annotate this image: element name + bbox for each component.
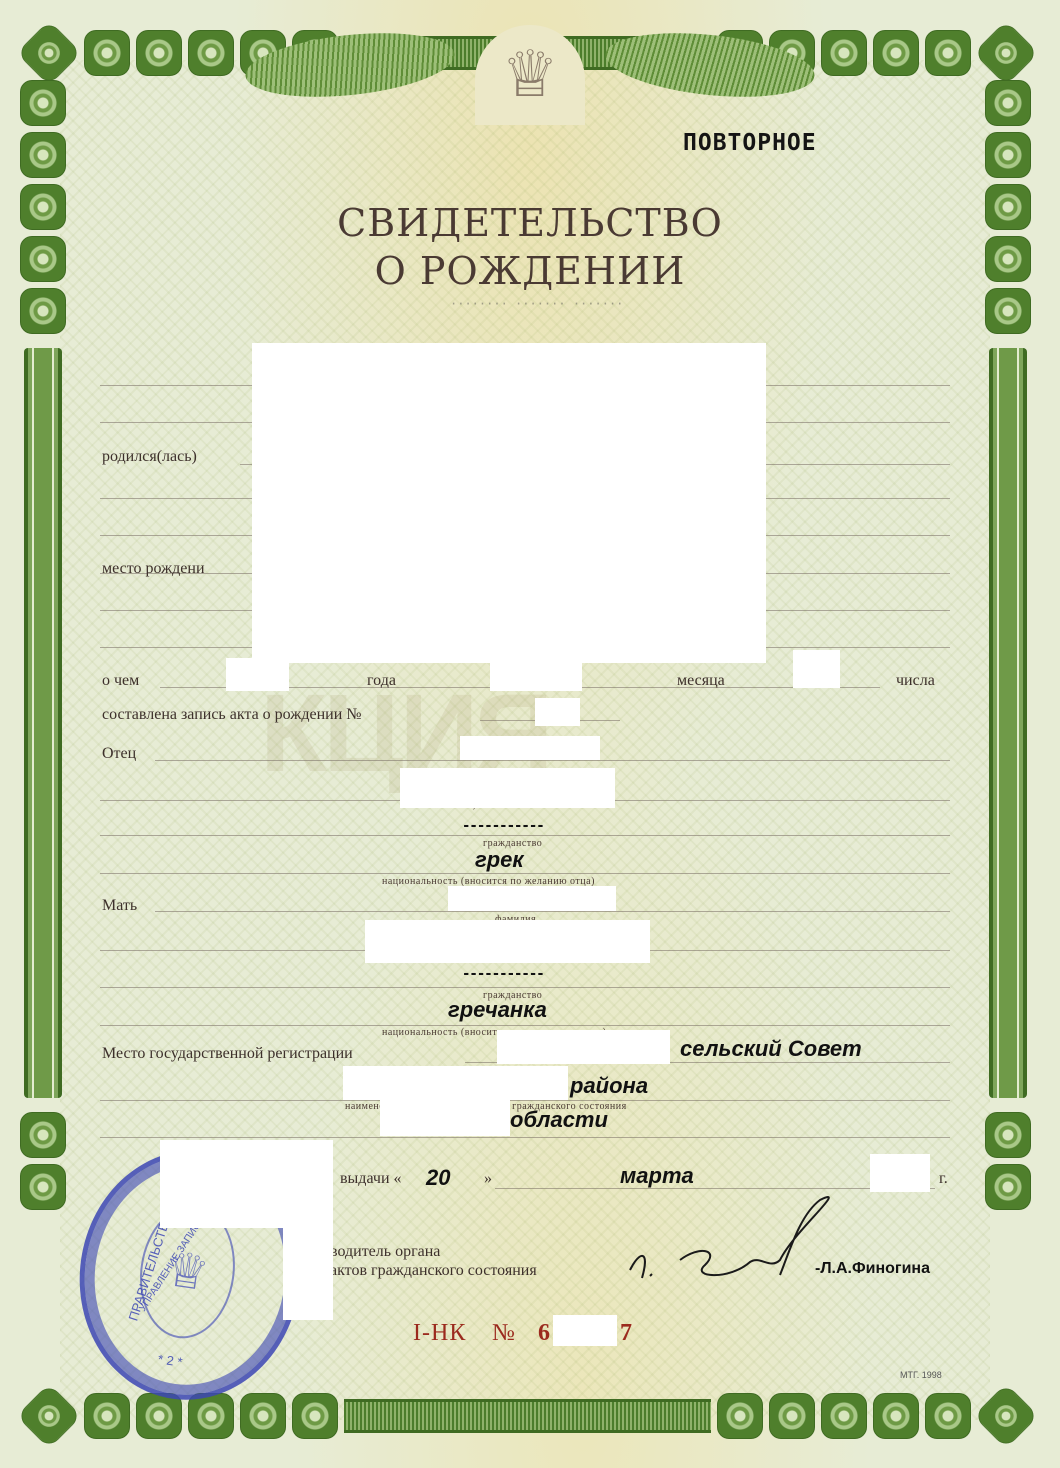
rule-line <box>155 760 950 761</box>
redacted-block <box>160 1140 333 1228</box>
ornamental-band <box>344 1399 711 1433</box>
rule-line <box>100 873 950 874</box>
rosette-icon <box>717 1393 763 1439</box>
issue-month-value: марта <box>620 1163 694 1189</box>
year-label: года <box>367 672 396 690</box>
duplicate-stamp: ПОВТОРНОЕ <box>683 130 817 156</box>
redacted-block <box>553 1315 617 1346</box>
rosette-icon <box>873 30 919 76</box>
registration-place-label: Место государственной регистрации <box>102 1045 353 1063</box>
birth-certificate: ♕ КЦИЯ ПОВТОРНОЕ СВИДЕТЕЛЬСТВО О РОЖДЕНИ… <box>0 0 1060 1468</box>
mother-citizenship-value: ----------- <box>462 966 544 982</box>
rosette-icon <box>925 30 971 76</box>
day-label: числа <box>896 672 935 690</box>
about-label: о чем <box>102 672 139 690</box>
rosette-icon <box>20 132 66 178</box>
rosette-icon <box>20 80 66 126</box>
issue-quote-close: » <box>484 1170 492 1188</box>
rosette-icon <box>985 1164 1031 1210</box>
redacted-block <box>343 1066 568 1100</box>
issue-day-value: 20 <box>426 1165 450 1191</box>
rosette-icon <box>84 1393 130 1439</box>
rosette-icon <box>769 1393 815 1439</box>
redacted-block <box>226 658 289 691</box>
serial-number-start: 6 <box>538 1320 551 1347</box>
rule-line <box>100 835 950 836</box>
father-citizenship-value: ----------- <box>462 818 544 834</box>
redacted-block <box>497 1030 670 1064</box>
corner-rosette-icon <box>16 1383 82 1449</box>
mother-nationality-value: гречанка <box>448 997 547 1023</box>
ornamental-band <box>24 348 62 1098</box>
rosette-icon <box>136 1393 182 1439</box>
registration-line1-value: сельский Совет <box>680 1036 862 1062</box>
redacted-block <box>365 920 650 963</box>
record-number-label: составлена запись акта о рождении № <box>102 706 362 724</box>
birthplace-label: место рождени <box>102 560 205 578</box>
redacted-block <box>793 650 840 688</box>
rosette-icon <box>84 30 130 76</box>
printer-mark: МТГ. 1998 <box>900 1370 942 1380</box>
corner-rosette-icon <box>973 20 1039 86</box>
rosette-icon <box>136 30 182 76</box>
rule-line <box>495 1188 935 1189</box>
rosette-icon <box>821 30 867 76</box>
bottom-border <box>20 1393 1035 1439</box>
redacted-block <box>535 698 580 726</box>
corner-rosette-icon <box>16 20 82 86</box>
redacted-block <box>870 1154 930 1192</box>
corner-rosette-icon <box>973 1383 1039 1449</box>
head-label-line1: водитель органа <box>330 1243 440 1261</box>
number-sign: № <box>492 1320 516 1347</box>
registration-line3-value: области <box>510 1107 608 1133</box>
redacted-block <box>460 736 600 760</box>
month-label: месяца <box>677 672 725 690</box>
redacted-block <box>448 886 616 911</box>
document-title: СВИДЕТЕЛЬСТВО <box>0 198 1060 248</box>
rosette-icon <box>240 1393 286 1439</box>
registration-line2-value: района <box>570 1073 648 1099</box>
rule-line <box>100 987 950 988</box>
seal-star-text: * 2 * <box>157 1351 183 1369</box>
mother-label: Мать <box>102 897 137 915</box>
rosette-icon <box>188 1393 234 1439</box>
born-label: родился(лась) <box>102 448 197 466</box>
head-label-line2: актов гражданского состояния <box>330 1262 537 1280</box>
rosette-icon <box>188 30 234 76</box>
redacted-block <box>252 343 766 663</box>
redacted-block <box>283 1228 333 1320</box>
rosette-icon <box>925 1393 971 1439</box>
redacted-block <box>490 658 582 691</box>
redacted-block <box>400 768 615 808</box>
emblem-header: ♕ <box>395 15 665 115</box>
rule-line <box>100 1137 950 1138</box>
signature-icon <box>620 1190 840 1290</box>
year-suffix: г. <box>939 1170 948 1188</box>
ornamental-band <box>989 348 1027 1098</box>
faded-print: ········ ······· ······· <box>450 297 623 311</box>
rule-line <box>100 1025 950 1026</box>
serial-number-end: 7 <box>620 1320 633 1347</box>
rule-line <box>155 911 950 912</box>
rosette-icon <box>985 132 1031 178</box>
rosette-icon <box>985 1112 1031 1158</box>
rosette-icon <box>985 80 1031 126</box>
rosette-icon <box>20 1112 66 1158</box>
double-headed-eagle-icon: ♕ <box>475 25 585 125</box>
redacted-block <box>380 1100 510 1136</box>
rosette-icon <box>873 1393 919 1439</box>
rosette-icon <box>292 1393 338 1439</box>
issue-date-label: выдачи « <box>340 1170 402 1188</box>
rosette-icon <box>821 1393 867 1439</box>
father-label: Отец <box>102 745 136 763</box>
rosette-icon <box>20 1164 66 1210</box>
father-nationality-value: грек <box>475 847 524 873</box>
series-code: I-НК <box>413 1320 466 1347</box>
document-subtitle: О РОЖДЕНИИ <box>0 246 1060 296</box>
